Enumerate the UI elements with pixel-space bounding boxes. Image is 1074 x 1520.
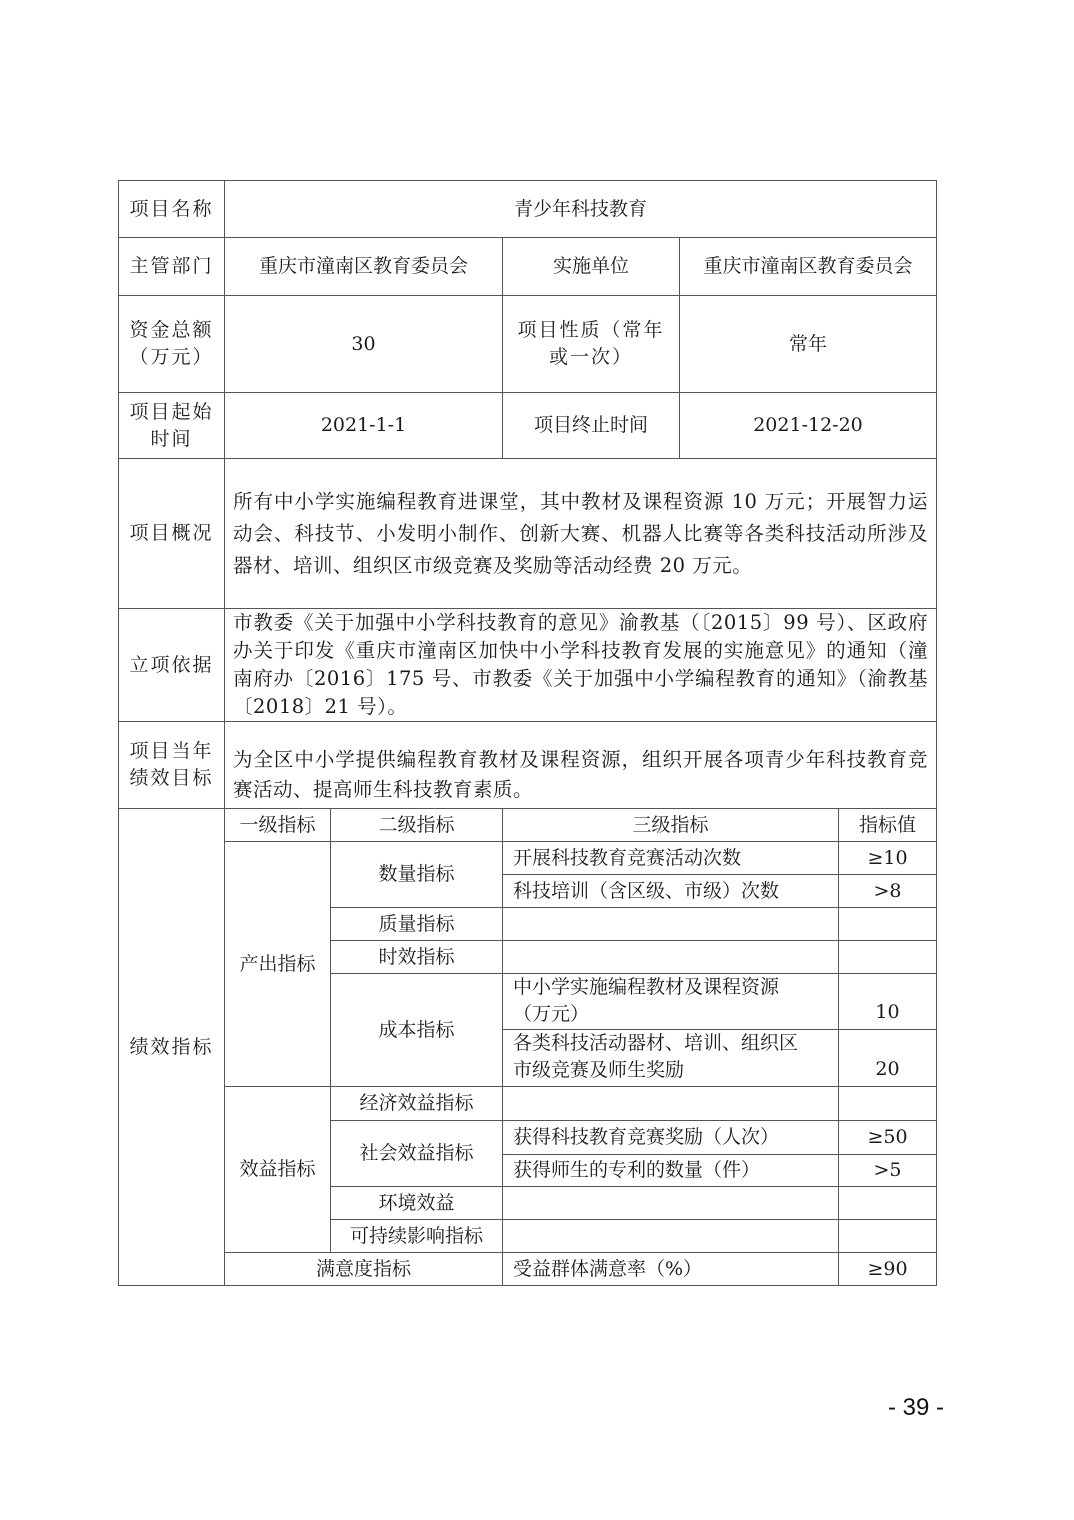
dept-value: 重庆市潼南区教育委员会 (224, 237, 503, 296)
quality-value-empty (838, 907, 937, 941)
environment-indicator-label: 环境效益 (330, 1186, 503, 1220)
output-indicator-label: 产出指标 (224, 841, 331, 1087)
environment-value-empty (838, 1186, 937, 1220)
economic-indicator-label: 经济效益指标 (330, 1086, 503, 1121)
start-label: 项目起始时间 (118, 392, 225, 459)
timeliness-name-empty (502, 940, 839, 974)
sustainable-name-empty (502, 1219, 839, 1253)
quality-indicator-label: 质量指标 (330, 907, 503, 941)
cost-1-name: 中小学实施编程教材及课程资源 （万元） (502, 973, 839, 1030)
cost-indicator-label: 成本指标 (330, 973, 503, 1087)
header-level3: 三级指标 (502, 808, 839, 842)
social-2-name: 获得师生的专利的数量（件） (502, 1154, 839, 1187)
basis-text: 市教委《关于加强中小学科技教育的意见》渝教基（〔2015〕99 号）、区政府办关… (224, 608, 937, 722)
quantity-indicator-label: 数量指标 (330, 841, 503, 908)
cost-2-name: 各类科技活动器材、培训、组织区 市级竞赛及师生奖励 (502, 1029, 839, 1087)
nature-label: 项目性质（常年或一次） (502, 295, 680, 393)
environment-name-empty (502, 1186, 839, 1220)
social-indicator-label: 社会效益指标 (330, 1120, 503, 1187)
social-1-name: 获得科技教育竞赛奖励（人次） (502, 1120, 839, 1155)
performance-section-label: 绩效指标 (118, 808, 225, 1286)
overview-label: 项目概况 (118, 458, 225, 609)
cost-1-line1: 中小学实施编程教材及课程资源 (513, 974, 779, 1001)
timeliness-indicator-label: 时效指标 (330, 940, 503, 974)
economic-name-empty (502, 1086, 839, 1121)
basis-label: 立项依据 (118, 608, 225, 722)
benefit-indicator-label: 效益指标 (224, 1086, 331, 1253)
quantity-1-value: ≥10 (838, 841, 937, 875)
start-value: 2021-1-1 (224, 392, 503, 459)
social-2-value: >5 (838, 1154, 937, 1187)
fund-value: 30 (224, 295, 503, 393)
end-value: 2021-12-20 (679, 392, 937, 459)
sustainable-value-empty (838, 1219, 937, 1253)
goal-label: 项目当年绩效目标 (118, 721, 225, 809)
fund-label: 资金总额（万元） (118, 295, 225, 393)
sustainable-indicator-label: 可持续影响指标 (330, 1219, 503, 1253)
header-level2: 二级指标 (330, 808, 503, 842)
quantity-2-name: 科技培训（含区级、市级）次数 (502, 874, 839, 908)
timeliness-value-empty (838, 940, 937, 974)
satisfaction-indicator-label: 满意度指标 (224, 1252, 503, 1286)
economic-value-empty (838, 1086, 937, 1121)
overview-text: 所有中小学实施编程教育进课堂，其中教材及课程资源 10 万元；开展智力运动会、科… (224, 458, 937, 609)
cost-1-value: 10 (838, 973, 937, 1030)
cost-2-value: 20 (838, 1029, 937, 1087)
quantity-2-value: >8 (838, 874, 937, 908)
impl-value: 重庆市潼南区教育委员会 (679, 237, 937, 296)
cost-2-line1: 各类科技活动器材、培训、组织区 (513, 1030, 798, 1057)
header-level1: 一级指标 (224, 808, 331, 842)
quantity-1-name: 开展科技教育竞赛活动次数 (502, 841, 839, 875)
quality-name-empty (502, 907, 839, 941)
satisfaction-value: ≥90 (838, 1252, 937, 1286)
project-name-value: 青少年科技教育 (224, 180, 937, 238)
cost-1-line2: （万元） (513, 1001, 589, 1028)
satisfaction-name: 受益群体满意率（%） (502, 1252, 839, 1286)
project-name-label: 项目名称 (118, 180, 225, 238)
cost-2-line2: 市级竞赛及师生奖励 (513, 1057, 684, 1084)
dept-label: 主管部门 (118, 237, 225, 296)
nature-value: 常年 (679, 295, 937, 393)
end-label: 项目终止时间 (502, 392, 680, 459)
page-number: - 39 - (888, 1394, 944, 1422)
goal-text: 为全区中小学提供编程教育教材及课程资源，组织开展各项青少年科技教育竞赛活动、提高… (224, 721, 937, 809)
impl-label: 实施单位 (502, 237, 680, 296)
social-1-value: ≥50 (838, 1120, 937, 1155)
header-value: 指标值 (838, 808, 937, 842)
